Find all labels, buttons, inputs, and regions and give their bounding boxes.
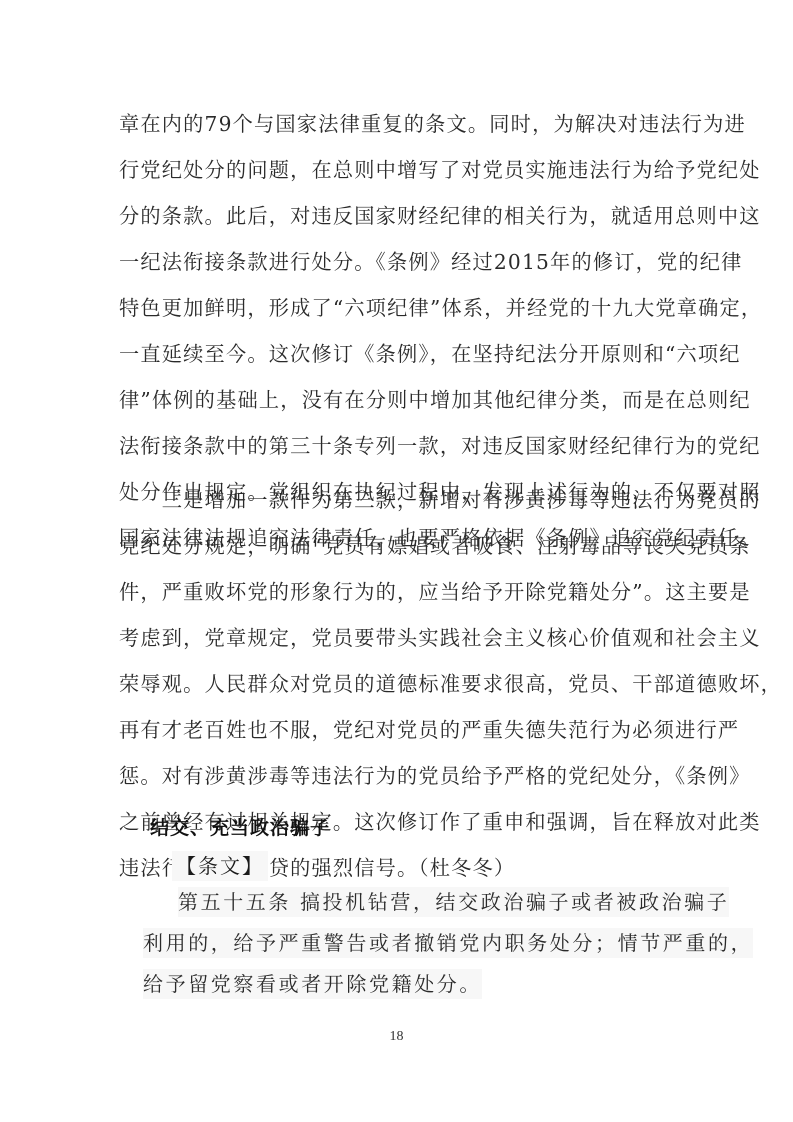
text-line: 特色更加鲜明，形成了“六项纪律”体系，并经党的十九大党章确定， xyxy=(119,294,679,322)
text-line: 党纪处分规定，明确“党员有嫖娼或者吸食、注射毒品等丧失党员条 xyxy=(119,532,679,560)
text-line: 章在内的79个与国家法律重复的条文。同时，为解决对违法行为进 xyxy=(119,110,679,138)
article-line: 第五十五条 搞投机钻营，结交政治骗子或者被政治骗子 xyxy=(178,887,729,917)
text-line: 考虑到，党章规定，党员要带头实践社会主义核心价值观和社会主义 xyxy=(119,624,679,652)
document-page: 章在内的79个与国家法律重复的条文。同时，为解决对违法行为进 行党纪处分的问题，… xyxy=(0,0,793,1122)
text-line: 一直延续至今。这次修订《条例》，在坚持纪法分开原则和“六项纪 xyxy=(119,340,679,368)
page-number: 18 xyxy=(0,1029,793,1045)
text-line: 法衔接条款中的第三十条专列一款，对违反国家财经纪律行为的党纪 xyxy=(119,432,679,460)
text-line: 件，严重败坏党的形象行为的，应当给予开除党籍处分”。这主要是 xyxy=(119,578,679,606)
text-line: 荣辱观。人民群众对党员的道德标准要求很高，党员、干部道德败坏， xyxy=(119,670,679,698)
text-line: 行党纪处分的问题，在总则中增写了对党员实施违法行为给予党纪处 xyxy=(119,156,679,184)
article-line: 利用的，给予严重警告或者撤销党内职务处分；情节严重的， xyxy=(143,928,753,958)
article-label: 【条文】 xyxy=(172,851,268,881)
section-heading: 结交、充当政治骗子 xyxy=(150,814,330,842)
text-line: 再有才老百姓也不服，党纪对党员的严重失德失范行为必须进行严 xyxy=(119,716,679,744)
text-line: 分的条款。此后，对违反国家财经纪律的相关行为，就适用总则中这 xyxy=(119,202,679,230)
article-line: 给予留党察看或者开除党籍处分。 xyxy=(143,969,482,999)
text-line: 三是增加一款作为第三款，新增对有涉黄涉毒等违法行为党员的 xyxy=(119,486,679,514)
text-line: 惩。对有涉黄涉毒等违法行为的党员给予严格的党纪处分，《条例》 xyxy=(119,762,679,790)
text-line: 一纪法衔接条款进行处分。《条例》经过2015年的修订，党的纪律 xyxy=(119,248,679,276)
text-line: 律”体例的基础上，没有在分则中增加其他纪律分类，而是在总则纪 xyxy=(119,386,679,414)
